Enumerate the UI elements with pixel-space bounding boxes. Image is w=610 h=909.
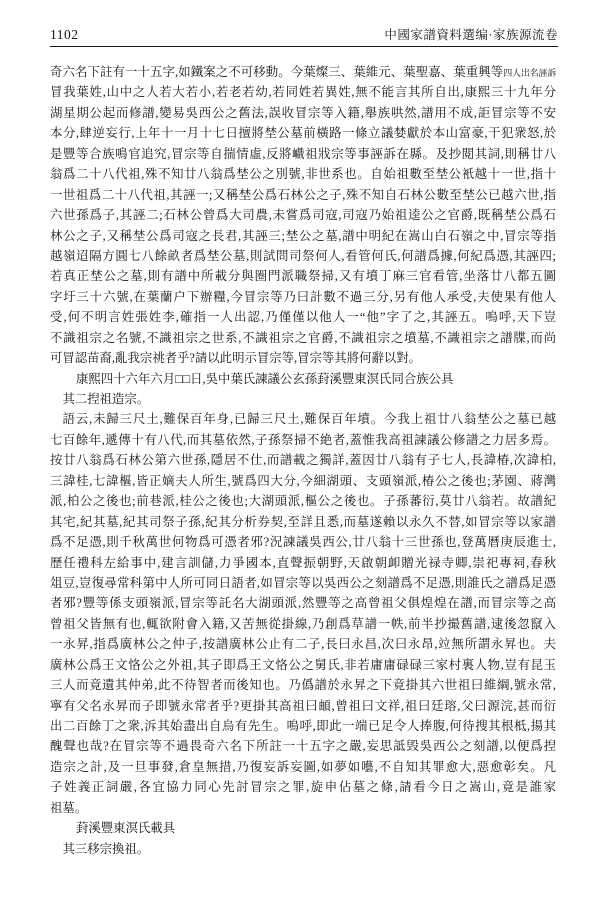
text-line: 七百餘年,遞傳十有八代,而其墓依然,子孫祭掃不絶者,蓋惟我高祖諫議公修譜之力居多…: [50, 430, 556, 450]
text-line: 醜聲也哉?在冒宗等不過畏奇六名下所註一十五字之嚴,妄思詆毁吳西公之刻譜,以便爲揑: [50, 736, 556, 756]
text-line: 若真正埜公之墓,則有譜中所載分與圈門派職祭掃,又有墳丁麻三官看管,坐落廿八都五圖: [50, 266, 556, 286]
text-line: 奇六名下註有一十五字,如鐵案之不可移動。今葉燦三、葉維元、葉聖嘉、葉重興等四人出…: [50, 62, 556, 82]
text-line: 可冒認苗裔,亂我宗祧者乎?請以此明示冒宗等,冒宗等其將何辭以對。: [50, 348, 556, 368]
body-text: 奇六名下註有一十五字,如鐵案之不可移動。今葉燦三、葉維元、葉聖嘉、葉重興等四人出…: [50, 62, 556, 859]
text-line: 六世孫爲子,其誣二;石林公曾爲大司農,未嘗爲司寇,司寇乃始祖逵公之官爵,既稱埜公…: [50, 205, 556, 225]
text-line: 越嶺迢隔方圓七八餘畝者爲埜公墓,則試問司祭何人,看管何氏,何譜爲據,何紀爲憑,其…: [50, 246, 556, 266]
text-line: 出二百餘丁之衆,泝其始盡出自烏有先生。嗚呼,即此一端已足令人捧腹,何待搜其根柢,…: [50, 716, 556, 736]
text-line: 不識祖宗之名號,不識祖宗之世系,不識祖宗之官爵,不識祖宗之墳墓,不識祖宗之譜牒,…: [50, 328, 556, 348]
page-number: 1102: [50, 26, 79, 43]
text-line: 廣林公爲王文恪公之外祖,其子即爲王文恪公之舅氏,非若庸庸碌碌三家村裏人物,豈有昆…: [50, 655, 556, 675]
inline-note: 四人出名誣訴: [503, 68, 556, 78]
text-line: 字圩三十六號,在葉蘭户下辦糧,今冒宗等乃曰計數不過三分,另有他人承受,夫使果有他…: [50, 287, 556, 307]
text-line: 語云,未歸三尺土,難保百年身,已歸三尺土,難保百年墳。今我上祖廿八翁埜公之墓已越: [50, 409, 556, 429]
text-line: 其二揑祖造宗。: [50, 389, 556, 409]
text-line: 派,柏公之後也;前巷派,桂公之後也;大湖頭派,樞公之後也。子孫蕃衍,莫廿八翁若。…: [50, 491, 556, 511]
text-line: 其三移宗換祖。: [50, 839, 556, 859]
text-line: 本分,肆逆妄行,上年十一月十七日擅將埜公墓前橫路一條立議婪獻於本山富豪,干犯衆怒…: [50, 123, 556, 143]
text-line: 林公之子,又稱埜公爲司寇之長君,其誣三;埜公之墓,譜中明紀在嵩山白石嶺之中,冒宗…: [50, 226, 556, 246]
text-line: 康熙四十六年六月□□日,吳中葉氏諫議公玄孫葑溪豐東溟氏同合族公具: [50, 369, 556, 389]
text-line: 祖墓。: [50, 798, 556, 818]
text-line: 是豐等合族鳴官追究,冒宗等自揣情虛,反將巇祖戕宗等事誣訴在縣。及抄閲其詞,則稱廿…: [50, 144, 556, 164]
text-line: 按廿八翁爲石林公第六世孫,隱居不仕,而譜載之獨詳,蓋因廿八翁有子七人,長諱椿,次…: [50, 450, 556, 470]
text-line: 寧有父名永昇而子即號永常者乎?更掛其高祖曰頔,曾祖曰文祥,祖曰廷瑢,父曰源浣,甚…: [50, 696, 556, 716]
page-header: 1102 中國家譜資料選编·家族源流卷: [50, 26, 558, 43]
text-line: 一世祖爲二十八代祖,其誣一;又稱埜公爲石林公之子,殊不知自石林公數至埜公已越六世…: [50, 185, 556, 205]
text-line: 者邪?豐等係支頭嶺派,冒宗等託名大湖頭派,然豐等之高曾祖父俱煌煌在譜,而冒宗等之…: [50, 593, 556, 613]
text-line: 子姓義正詞嚴,各宜協力同心先討冒宗之罪,旋申佔墓之條,請看今日之嵩山,竟是誰家: [50, 777, 556, 797]
header-rule: [50, 46, 558, 47]
text-line: 湖星期公起而修譜,變易吳西公之舊法,誤收冒宗等入籍,舉族哄然,譜用不成,詎冒宗等…: [50, 103, 556, 123]
text-line: 爲不足憑,則千秋萬世何物爲可憑者邪?況諫議吳西公,廿八翁十三世孫也,登萬曆庚辰進…: [50, 532, 556, 552]
text-line: 造宗之計,及一旦事發,倉皇無措,乃復妄訴妄圖,如夢如囈,不自知其罪愈大,惡愈彰矣…: [50, 757, 556, 777]
text-line: 三人而竟遺其仲弟,此不待智者而後知也。乃僞譜於永昇之下竟掛其六世祖曰維綱,號永常…: [50, 675, 556, 695]
text-line: 冒我葉姓,山中之人若大若小,若老若幼,若同姓若異姓,無不能言其所自出,康熙三十九…: [50, 82, 556, 102]
text-line: 其宅,紀其墓,紀其司祭子孫,紀其分析券契,至詳且悉,而墓遂賴以永久不替,如冒宗等…: [50, 512, 556, 532]
text-line: 翁爲二十八代祖,殊不知廿八翁爲埜公之別號,非世系也。自始祖數至埜公衹越十一世,指…: [50, 164, 556, 184]
book-title: 中國家譜資料選编·家族源流卷: [384, 27, 558, 44]
book-page: 1102 中國家譜資料選编·家族源流卷 奇六名下註有一十五字,如鐵案之不可移動。…: [0, 0, 610, 909]
text-line: 一永昇,指爲廣林公之仲子,按譜廣林公止有二子,長曰永昌,次曰永昂,竝無所謂永昇也…: [50, 634, 556, 654]
text-line: 俎豆,豈復尋常科第中人所可同日語者,如冒宗等以吳西公之刻譜爲不足憑,則誰氏之譜爲…: [50, 573, 556, 593]
text-line: 葑溪豐東溟氏載具: [50, 818, 556, 838]
text-line: 三諱桂,七諱樞,皆正嫡夫人所生,號爲四大分,今細湖頭、支頭嶺派,椿公之後也;茅園…: [50, 471, 556, 491]
text-line: 曾祖父皆無有也,輒欲附會入籍,又苦無從掛線,乃創爲草譜一帙,前半抄撮舊譜,逮後忽…: [50, 614, 556, 634]
text-line: 歷任禮科左給事中,建言訓儲,力爭國本,直聲振朝野,天啟朝卹贈光禄寺卿,崇祀專祠,…: [50, 553, 556, 573]
text-line: 受,何不明言姓張姓李,確指一人出認,乃僅僅以他人一“他”字了之,其誣五。嗚呼,天…: [50, 307, 556, 327]
